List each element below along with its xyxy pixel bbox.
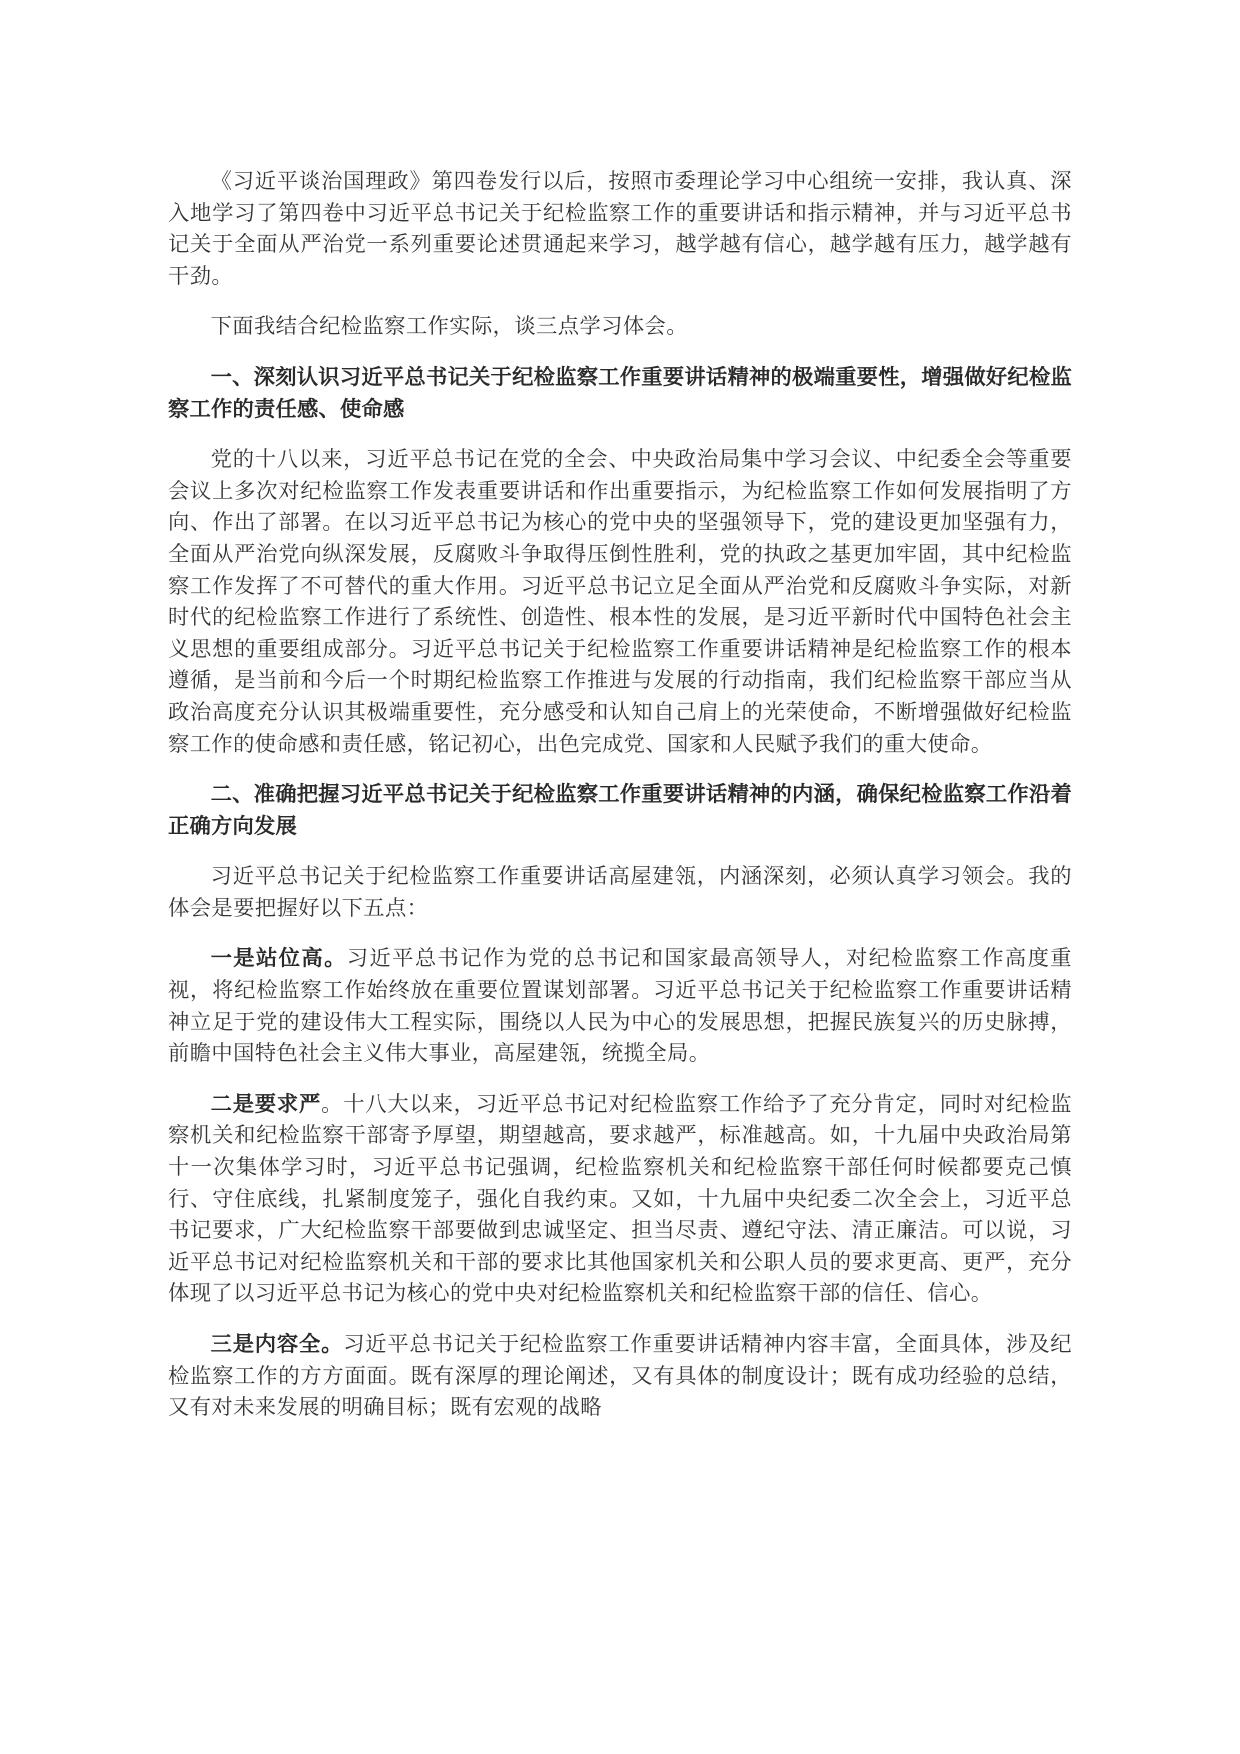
point-3-lead: 三是内容全。 bbox=[211, 1332, 344, 1357]
intro-summary-paragraph: 下面我结合纪检监察工作实际，谈三点学习体会。 bbox=[168, 311, 1072, 343]
point-3-paragraph: 三是内容全。习近平总书记关于纪检监察工作重要讲话精神内容丰富，全面具体，涉及纪检… bbox=[168, 1329, 1072, 1424]
point-2-lead: 二是要求严 bbox=[211, 1092, 322, 1117]
point-2-paragraph: 二是要求严。十八大以来，习近平总书记对纪检监察工作给予了充分肯定，同时对纪检监察… bbox=[168, 1089, 1072, 1310]
point-1-paragraph: 一是站位高。习近平总书记作为党的总书记和国家最高领导人，对纪检监察工作高度重视，… bbox=[168, 943, 1072, 1069]
section-1-body: 党的十八以来，习近平总书记在党的全会、中央政治局集中学习会议、中纪委全会等重要会… bbox=[168, 444, 1072, 760]
intro-paragraph: 《习近平谈治国理政》第四卷发行以后，按照市委理论学习中心组统一安排，我认真、深入… bbox=[168, 166, 1072, 292]
section-heading-1: 一、深刻认识习近平总书记关于纪检监察工作重要讲话精神的极端重要性，增强做好纪检监… bbox=[168, 362, 1072, 425]
section-heading-2: 二、准确把握习近平总书记关于纪检监察工作重要讲话精神的内涵，确保纪检监察工作沿着… bbox=[168, 779, 1072, 842]
document-page: 《习近平谈治国理政》第四卷发行以后，按照市委理论学习中心组统一安排，我认真、深入… bbox=[168, 166, 1072, 1443]
point-2-body: 。十八大以来，习近平总书记对纪检监察工作给予了充分肯定，同时对纪检监察机关和纪检… bbox=[168, 1092, 1072, 1307]
section-2-intro: 习近平总书记关于纪检监察工作重要讲话高屋建瓴，内涵深刻，必须认真学习领会。我的体… bbox=[168, 861, 1072, 924]
point-1-lead: 一是站位高。 bbox=[211, 946, 347, 971]
